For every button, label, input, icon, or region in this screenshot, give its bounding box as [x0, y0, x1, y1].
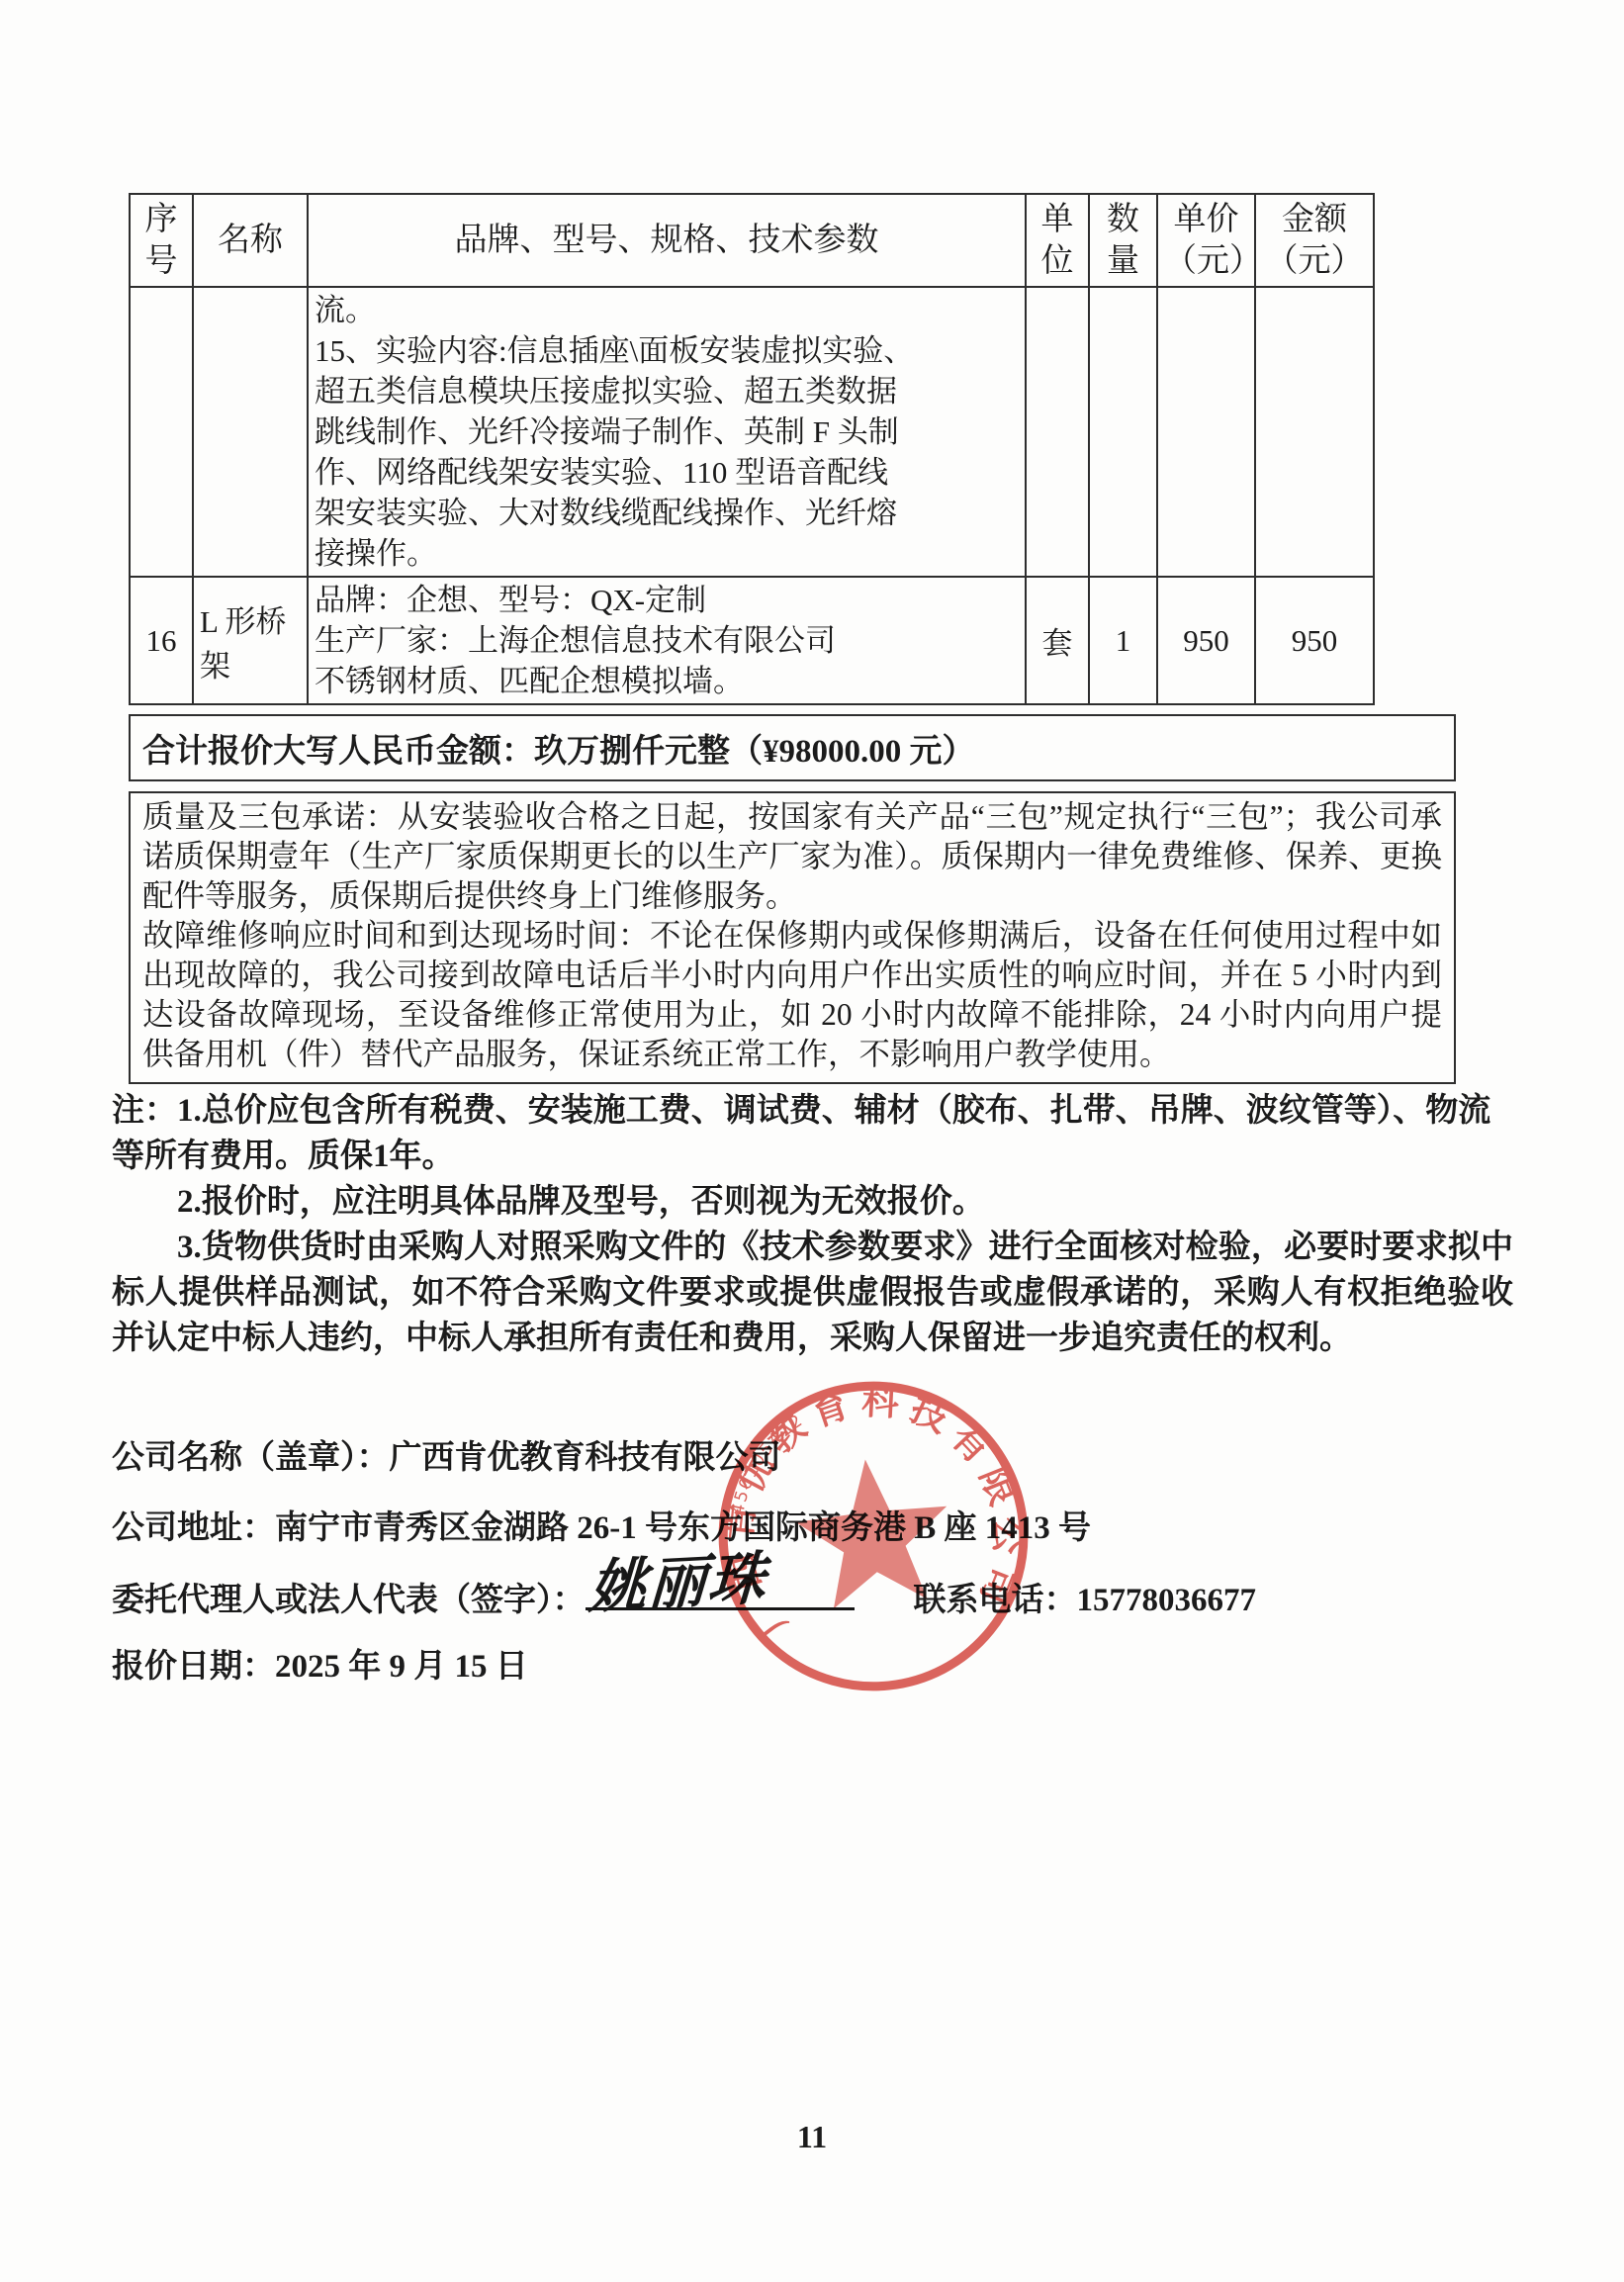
col-header-spec: 品牌、型号、规格、技术参数 [308, 194, 1026, 287]
cell-amount [1255, 287, 1374, 577]
cell-unit: 套 [1026, 577, 1089, 704]
cell-amount: 950 [1255, 577, 1374, 704]
warranty-box: 质量及三包承诺：从安装验收合格之日起，按国家有关产品“三包”规定执行“三包”；我… [129, 791, 1456, 1084]
note-1: 注：1.总价应包含所有税费、安装施工费、调试费、辅材（胶布、扎带、吊牌、波纹管等… [112, 1088, 1513, 1179]
col-header-qty: 数 量 [1089, 194, 1157, 287]
quotation-page: 序 号 名称 品牌、型号、规格、技术参数 单 位 数 量 单价 （元） 金额 （… [0, 0, 1624, 2282]
col-header-amount: 金额 （元） [1255, 194, 1374, 287]
table-row: 流。 15、实验内容:信息插座\面板安装虚拟实验、 超五类信息模块压接虚拟实验、… [130, 287, 1374, 577]
cell-qty: 1 [1089, 577, 1157, 704]
signature-underline: 姚丽珠 [586, 1568, 855, 1610]
cell-unit [1026, 287, 1089, 577]
items-table: 序 号 名称 品牌、型号、规格、技术参数 单 位 数 量 单价 （元） 金额 （… [129, 193, 1375, 705]
cell-index: 16 [130, 577, 193, 704]
cell-unit-price: 950 [1157, 577, 1255, 704]
cell-spec: 品牌：企想、型号：QX-定制 生产厂家：上海企想信息技术有限公司 不锈钢材质、匹… [308, 577, 1026, 704]
note-2: 2.报价时，应注明具体品牌及型号，否则视为无效报价。 [112, 1179, 1513, 1225]
signature-handwriting: 姚丽珠 [586, 1531, 768, 1624]
warranty-paragraph: 质量及三包承诺：从安装验收合格之日起，按国家有关产品“三包”规定执行“三包”；我… [142, 797, 1442, 916]
col-header-name: 名称 [193, 194, 308, 287]
cell-name [193, 287, 308, 577]
col-header-index: 序 号 [130, 194, 193, 287]
contact-phone: 联系电话：15778036677 [914, 1583, 1257, 1618]
cell-unit-price [1157, 287, 1255, 577]
company-name-line: 公司名称（盖章）：广西肯优教育科技有限公司 [112, 1431, 781, 1478]
cell-name: L 形桥架 [193, 577, 308, 704]
cell-index [130, 287, 193, 577]
col-header-unit: 单 位 [1026, 194, 1089, 287]
total-price-row: 合计报价大写人民币金额：玖万捌仟元整（¥98000.00 元） [129, 714, 1456, 781]
table-row: 16 L 形桥架 品牌：企想、型号：QX-定制 生产厂家：上海企想信息技术有限公… [130, 577, 1374, 704]
col-header-unit-price: 单价 （元） [1157, 194, 1255, 287]
signature-label: 委托代理人或法人代表（签字）： [112, 1583, 586, 1618]
notes-section: 注：1.总价应包含所有税费、安装施工费、调试费、辅材（胶布、扎带、吊牌、波纹管等… [112, 1088, 1513, 1361]
fault-response-paragraph: 故障维修响应时间和到达现场时间：不论在保修期内或保修期满后，设备在任何使用过程中… [142, 916, 1442, 1074]
quote-date-line: 报价日期：2025 年 9 月 15 日 [112, 1640, 528, 1687]
cell-spec: 流。 15、实验内容:信息插座\面板安装虚拟实验、 超五类信息模块压接虚拟实验、… [308, 287, 1026, 577]
note-3: 3.货物供货时由采购人对照采购文件的《技术参数要求》进行全面核对检验，必要时要求… [112, 1225, 1513, 1361]
page-number: 11 [0, 2119, 1624, 2155]
signature-line: 委托代理人或法人代表（签字）：姚丽珠联系电话：15778036677 [112, 1568, 1256, 1620]
cell-qty [1089, 287, 1157, 577]
table-header-row: 序 号 名称 品牌、型号、规格、技术参数 单 位 数 量 单价 （元） 金额 （… [130, 194, 1374, 287]
